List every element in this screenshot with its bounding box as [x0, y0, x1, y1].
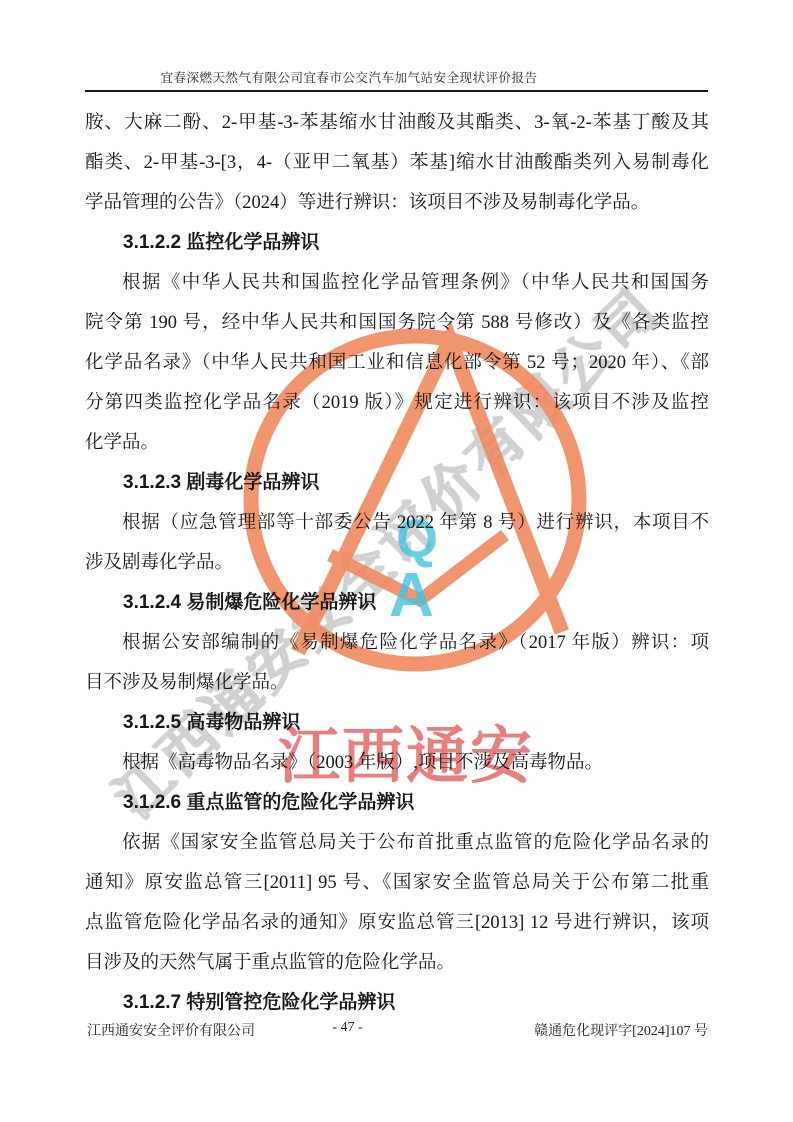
text-line: 化学品。 — [85, 423, 709, 463]
section-heading: 3.1.2.2 监控化学品辨识 — [85, 223, 709, 263]
text-line: 化学品名录》（中华人民共和国工业和信息化部令第 52 号；2020 年）、《部 — [85, 343, 709, 383]
page-footer: 江西通安安全评价有限公司 - 47 - 赣通危化现评字[2024]107 号 — [85, 1020, 708, 1044]
text-line: 根据公安部编制的《易制爆危险化学品名录》（2017 年版）辨识：项 — [85, 623, 709, 663]
footer-document-number: 赣通危化现评字[2024]107 号 — [534, 1020, 708, 1040]
section-heading: 3.1.2.6 重点监管的危险化学品辨识 — [85, 783, 709, 823]
report-header-title: 宜春深燃天然气有限公司宜春市公交汽车加气站安全现状评价报告 — [37, 68, 661, 86]
footer-page-number: - 47 - — [85, 1020, 610, 1036]
report-page: 江西通安安全评价有限公司 Q A 江西通安 宜春深燃天然气有限公司宜春市公交汽车… — [0, 0, 793, 1122]
text-line: 分第四类监控化学品名录（2019 版）》规定进行辨识：该项目不涉及监控 — [85, 383, 709, 423]
text-line: 涉及剧毒化学品。 — [85, 543, 709, 583]
section-heading: 3.1.2.5 高毒物品辨识 — [85, 703, 709, 743]
text-line: 根据（应急管理部等十部委公告 2022 年第 8 号）进行辨识，本项目不 — [85, 503, 709, 543]
text-line: 酯类、2-甲基-3-[3，4-（亚甲二氧基）苯基]缩水甘油酸酯类列入易制毒化 — [85, 143, 709, 183]
section-heading: 3.1.2.4 易制爆危险化学品辨识 — [85, 583, 709, 623]
text-line: 目涉及的天然气属于重点监管的危险化学品。 — [85, 943, 709, 983]
text-line: 点监管危险化学品名录的通知》原安监总管三[2013] 12 号进行辨识，该项 — [85, 903, 709, 943]
text-line: 目不涉及易制爆化学品。 — [85, 663, 709, 703]
text-line: 院令第 190 号，经中华人民共和国国务院令第 588 号修改）及《各类监控 — [85, 303, 709, 343]
section-heading: 3.1.2.3 剧毒化学品辨识 — [85, 463, 709, 503]
document-body: 胺、大麻二酚、2-甲基-3-苯基缩水甘油酸及其酯类、3-氧-2-苯基丁酸及其酯类… — [85, 103, 709, 1023]
header-divider — [85, 90, 708, 92]
text-line: 胺、大麻二酚、2-甲基-3-苯基缩水甘油酸及其酯类、3-氧-2-苯基丁酸及其 — [85, 103, 709, 143]
text-line: 根据《高毒物品名录》（2003 年版）,项目不涉及高毒物品。 — [85, 743, 709, 783]
text-line: 学品管理的公告》（2024）等进行辨识：该项目不涉及易制毒化学品。 — [85, 183, 709, 223]
text-line: 通知》原安监总管三[2011] 95 号、《国家安全监管总局关于公布第二批重 — [85, 863, 709, 903]
section-heading: 3.1.2.7 特别管控危险化学品辨识 — [85, 983, 709, 1023]
text-line: 根据《中华人民共和国监控化学品管理条例》（中华人民共和国国务 — [85, 263, 709, 303]
text-line: 依据《国家安全监管总局关于公布首批重点监管的危险化学品名录的 — [85, 823, 709, 863]
